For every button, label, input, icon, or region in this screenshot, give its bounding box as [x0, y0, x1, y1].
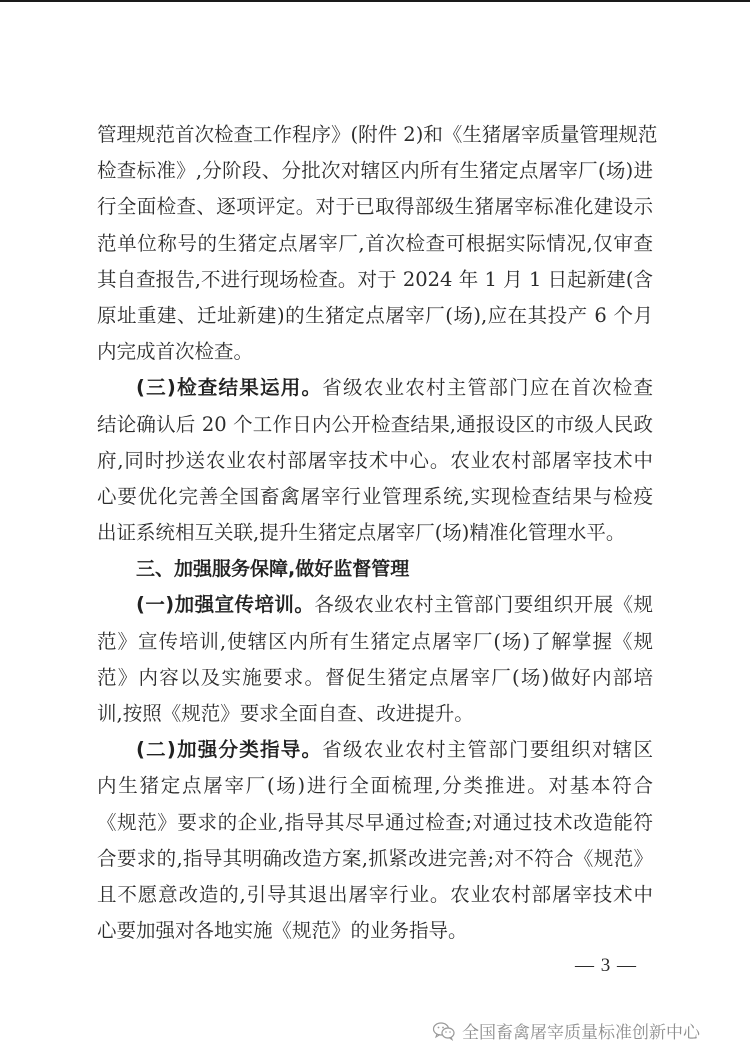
- text-line: 检查标准》,分阶段、分批次对辖区内所有生猪定点屠宰厂(场)进: [97, 153, 653, 189]
- text-line: 内生猪定点屠宰厂(场)进行全面梳理,分类推进。对基本符合: [97, 768, 653, 804]
- document-body: 管理规范首次检查工作程序》(附件 2)和《生猪屠宰质量管理规范 检查标准》,分阶…: [97, 117, 653, 949]
- section-heading: 三、加强服务保障,做好监督管理: [97, 551, 653, 587]
- text-line: 行全面检查、逐项评定。对于已取得部级生猪屠宰标准化建设示: [97, 189, 653, 225]
- item-lead-heading: (一)加强宣传培训。: [136, 593, 314, 616]
- text-line: 范》内容以及实施要求。督促生猪定点屠宰厂(场)做好内部培: [97, 660, 653, 696]
- text-line: 原址重建、迁址新建)的生猪定点屠宰厂(场),应在其投产 6 个月: [97, 298, 653, 334]
- text-line: 训,按照《规范》要求全面自查、改进提升。: [97, 696, 653, 732]
- text-line: 内完成首次检查。: [97, 334, 653, 370]
- text-line: 心要加强对各地实施《规范》的业务指导。: [97, 913, 653, 949]
- item-lead-heading: (二)加强分类指导。: [136, 738, 322, 761]
- text-line: 范》宣传培训,使辖区内所有生猪定点屠宰厂(场)了解掌握《规: [97, 624, 653, 660]
- text-line-first: (二)加强分类指导。省级农业农村主管部门要组织对辖区: [97, 732, 653, 768]
- item-lead-heading: (三)检查结果运用。: [136, 376, 322, 399]
- text-line: 范单位称号的生猪定点屠宰厂,首次检查可根据实际情况,仅审查: [97, 226, 653, 262]
- text-line: 心要优化完善全国畜禽屠宰行业管理系统,实现检查结果与检疫: [97, 479, 653, 515]
- item-lead-text: 省级农业农村主管部门应在首次检查: [322, 376, 653, 399]
- item-lead-text: 省级农业农村主管部门要组织对辖区: [322, 738, 653, 761]
- text-line: 合要求的,指导其明确改造方案,抓紧改进完善;对不符合《规范》: [97, 841, 653, 877]
- watermark: 全国畜禽屠宰质量标准创新中心: [432, 1018, 700, 1043]
- text-line: 其自查报告,不进行现场检查。对于 2024 年 1 月 1 日起新建(含: [97, 262, 653, 298]
- page-number: — 3 —: [575, 955, 637, 977]
- wechat-icon: [432, 1021, 456, 1041]
- text-line: 管理规范首次检查工作程序》(附件 2)和《生猪屠宰质量管理规范: [97, 117, 653, 153]
- text-line: 《规范》要求的企业,指导其尽早通过检查;对通过技术改造能符: [97, 805, 653, 841]
- top-border: [0, 0, 750, 2]
- paragraph-publicity-training: (一)加强宣传培训。各级农业农村主管部门要组织开展《规 范》宣传培训,使辖区内所…: [97, 587, 653, 732]
- text-line: 结论确认后 20 个工作日内公开检查结果,通报设区的市级人民政: [97, 407, 653, 443]
- paragraph-classified-guidance: (二)加强分类指导。省级农业农村主管部门要组织对辖区 内生猪定点屠宰厂(场)进行…: [97, 732, 653, 949]
- paragraph-inspection-results: (三)检查结果运用。省级农业农村主管部门应在首次检查 结论确认后 20 个工作日…: [97, 370, 653, 551]
- text-line-first: (一)加强宣传培训。各级农业农村主管部门要组织开展《规: [97, 587, 653, 623]
- text-line: 且不愿意改造的,引导其退出屠宰行业。农业农村部屠宰技术中: [97, 877, 653, 913]
- paragraph-continuation: 管理规范首次检查工作程序》(附件 2)和《生猪屠宰质量管理规范 检查标准》,分阶…: [97, 117, 653, 370]
- item-lead-text: 各级农业农村主管部门要组织开展《规: [314, 593, 653, 616]
- text-line: 出证系统相互关联,提升生猪定点屠宰厂(场)精准化管理水平。: [97, 515, 653, 551]
- text-line: 府,同时抄送农业农村部屠宰技术中心。农业农村部屠宰技术中: [97, 443, 653, 479]
- text-line-first: (三)检查结果运用。省级农业农村主管部门应在首次检查: [97, 370, 653, 406]
- watermark-text: 全国畜禽屠宰质量标准创新中心: [462, 1018, 700, 1043]
